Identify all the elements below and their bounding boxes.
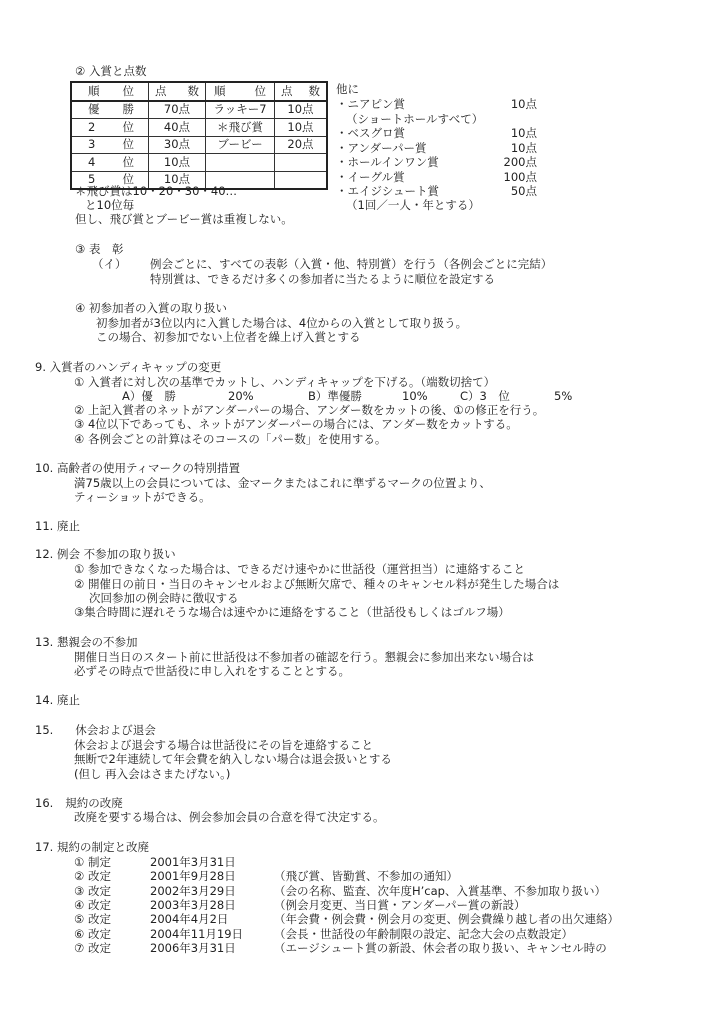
revision-date: 2003年3月28日 — [150, 898, 236, 913]
section-number: 12. — [35, 547, 53, 561]
section-15-line: (但し 再入会はさまたげない。) — [74, 767, 230, 782]
table-header-row: 順位 点数 順位 点数 — [71, 82, 327, 101]
rank-cell: 位 — [123, 120, 135, 135]
table-row: 3位 30点 ブービー 20点 — [71, 136, 327, 154]
revision-date: 2001年3月31日 — [150, 855, 236, 870]
section-12-line: 次回参加の例会時に徴収する — [89, 591, 239, 606]
section-10-line: 満75歳以上の会員については、金マークまたはこれに準ずるマークの位置より、 — [74, 476, 491, 491]
revision-date: 2001年9月28日 — [150, 869, 236, 884]
section-number: 10. — [35, 461, 53, 475]
section-title: 高齢者の使用ティマークの特別措置 — [57, 461, 240, 475]
revision-note: （例会月変更、当日賞・アンダーパー賞の新設） — [274, 898, 526, 913]
rank-cell: 位 — [123, 155, 135, 170]
revision-label: ① 制定 — [74, 855, 111, 870]
cut-value-c: 5% — [554, 389, 572, 404]
revision-label: ⑥ 改定 — [74, 927, 111, 942]
header-cell: 位 — [123, 84, 135, 99]
points-cell: 30点 — [149, 136, 206, 154]
no-duplicate-note: 但し、飛び賞とブービー賞は重複しない。 — [75, 212, 293, 227]
header-cell: 点 — [281, 84, 293, 99]
section-title: 休会および退会 — [75, 723, 156, 737]
section-9-line: ② 上記入賞者のネットがアンダーパーの場合、アンダー数をカットの後、①の修正を行… — [74, 403, 544, 418]
header-cell: 順 — [214, 84, 226, 99]
cut-value-b: 10% — [402, 389, 428, 404]
revision-date: 2006年3月31日 — [150, 941, 236, 956]
other-prize-label: ・アンダーパー賞 — [336, 141, 427, 156]
special-prize-cell: ＊飛び賞 — [206, 119, 275, 137]
points-cell: 10点 — [149, 154, 206, 172]
section-13-heading: 13. 懇親会の不参加 — [35, 635, 137, 650]
section-12-heading: 12. 例会 不参加の取り扱い — [35, 547, 176, 562]
cut-label-a: A）優 勝 — [122, 389, 176, 404]
special-prize-cell: ブービー — [206, 136, 275, 154]
revision-date: 2002年3月29日 — [150, 884, 236, 899]
other-prize-points: 200点 — [465, 155, 537, 170]
section-13-line: 開催日当日のスタート前に世話役は不参加者の確認を行う。懇親会に参加出来ない場合は — [74, 650, 534, 665]
special-points-cell — [275, 171, 328, 189]
section-number: 11. — [35, 519, 53, 533]
other-prize-points: 100点 — [465, 170, 537, 185]
revision-label: ⑤ 改定 — [74, 912, 111, 927]
tobi-prize-note: と10位毎 — [85, 198, 134, 213]
section-title: 廃止 — [57, 519, 80, 533]
section-10-line: ティーショットができる。 — [74, 490, 211, 505]
revision-note: （年会費・例会費・例会月の変更、例会費繰り越し者の出欠連絡） — [274, 912, 619, 927]
other-prize-label: ・ホールインワン賞 — [336, 155, 439, 170]
cut-label-b: B）準優勝 — [308, 389, 362, 404]
other-prize-note: （ショートホールすべて） — [346, 112, 483, 127]
commendation-line: 特別賞は、できるだけ多くの参加者に当たるように順位を設定する — [150, 272, 495, 287]
other-prize-label: ・ベスグロ賞 — [336, 126, 405, 141]
section-title: 規約の制定と改廃 — [57, 840, 149, 854]
section-12-line: ② 開催日の前日・当日のキャンセルおよび無断欠席で、種々のキャンセル料が発生した… — [74, 577, 559, 592]
revision-label: ③ 改定 — [74, 884, 111, 899]
prize-heading: ② 入賞と点数 — [75, 64, 146, 79]
section-9-line: ③ 4位以下であっても、ネットがアンダーパーの場合には、アンダー数をカットする。 — [74, 417, 518, 432]
section-number: 15. — [35, 723, 53, 737]
points-cell: 40点 — [149, 119, 206, 137]
other-prize-points: 50点 — [465, 184, 537, 199]
cut-value-a: 20% — [228, 389, 254, 404]
section-15-line: 休会および退会する場合は世話役にその旨を連絡すること — [74, 738, 373, 753]
first-timers-heading: ④ 初参加者の入賞の取り扱い — [75, 301, 227, 316]
section-12-line: ③集合時間に遅れそうな場合は速やかに連絡をすること（世話役もしくはゴルフ場） — [74, 605, 510, 620]
table-row: 4位 10点 — [71, 154, 327, 172]
section-17-heading: 17. 規約の制定と改廃 — [35, 840, 149, 855]
section-title: 規約の改廃 — [65, 796, 123, 810]
other-prize-points: 10点 — [465, 97, 537, 112]
other-prize-label: ・イーグル賞 — [336, 170, 405, 185]
section-title: 例会 不参加の取り扱い — [57, 547, 176, 561]
revision-label: ② 改定 — [74, 869, 111, 884]
cut-label-c: C）3 位 — [460, 389, 510, 404]
section-number: 9. — [35, 360, 46, 374]
special-points-cell: 20点 — [275, 136, 328, 154]
section-10-heading: 10. 高齢者の使用ティマークの特別措置 — [35, 461, 240, 476]
special-prize-cell: ラッキー7 — [206, 101, 275, 119]
section-12-line: ① 参加できなくなった場合は、できるだけ速やかに世話役（運営担当）に連絡すること — [74, 562, 525, 577]
section-11-heading: 11. 廃止 — [35, 519, 80, 534]
header-cell: 位 — [255, 84, 267, 99]
section-16-line: 改廃を要する場合は、例会参加会員の合意を得て決定する。 — [74, 810, 385, 825]
other-prizes-heading: 他に — [336, 82, 359, 97]
table-row: 優勝 70点 ラッキー7 10点 — [71, 101, 327, 119]
revision-note: （エージシュート賞の新設、休会者の取り扱い、キャンセル時の — [274, 941, 607, 956]
other-prize-label: ・エイジシュート賞 — [336, 184, 439, 199]
section-16-heading: 16.規約の改廃 — [35, 796, 123, 811]
special-prize-cell — [206, 154, 275, 172]
header-cell: 順 — [88, 84, 100, 99]
revision-note: （飛び賞、皆勤賞、不参加の通知） — [274, 869, 458, 884]
first-timers-line: 初参加者が3位以内に入賞した場合は、4位からの入賞として取り扱う。 — [96, 316, 467, 331]
revision-date: 2004年4月2日 — [150, 912, 228, 927]
header-cell: 数 — [309, 84, 321, 99]
first-timers-line: この場合、初参加でない上位者を繰上げ入賞とする — [96, 330, 361, 345]
revision-note: （会長・世話役の年齢制限の設定、記念大会の点数設定） — [274, 927, 573, 942]
rank-cell: 3 — [88, 137, 95, 152]
prize-points-table: 順位 点数 順位 点数 優勝 70点 ラッキー7 10点 2位 40点 ＊飛び賞… — [70, 81, 328, 190]
special-points-cell — [275, 154, 328, 172]
rank-cell: 4 — [88, 155, 95, 170]
revision-date: 2004年11月19日 — [150, 927, 243, 942]
revision-label: ⑦ 改定 — [74, 941, 111, 956]
revision-label: ④ 改定 — [74, 898, 111, 913]
other-prize-label: ・ニアピン賞 — [336, 97, 405, 112]
section-number: 13. — [35, 635, 53, 649]
revision-note: （会の名称、監査、次年度H’cap、入賞基準、不参加取り扱い） — [274, 884, 606, 899]
section-9-line: ④ 各例会ごとの計算はそのコースの「パー数」を使用する。 — [74, 432, 386, 447]
section-title: 入賞者のハンディキャップの変更 — [50, 360, 222, 374]
commendation-line: 例会ごとに、すべての表彰（入賞・他、特別賞）を行う（各例会ごとに完結） — [150, 257, 552, 272]
rank-cell: 2 — [88, 120, 95, 135]
section-14-heading: 14. 廃止 — [35, 693, 80, 708]
commendation-marker: （イ） — [92, 257, 127, 272]
special-points-cell: 10点 — [275, 119, 328, 137]
rank-cell: 優 — [88, 102, 100, 117]
section-title: 懇親会の不参加 — [57, 635, 138, 649]
tobi-prize-note: ＊飛び賞は10・20・30・40… — [75, 184, 237, 199]
other-prize-note: （1回／一人・年とする） — [346, 198, 480, 213]
section-number: 16. — [35, 796, 53, 810]
other-prize-points: 10点 — [465, 141, 537, 156]
other-prize-points: 10点 — [465, 126, 537, 141]
section-9-line: ① 入賞者に対し次の基準でカットし、ハンディキャップを下げる。（端数切捨て） — [74, 375, 495, 390]
section-9-heading: 9. 入賞者のハンディキャップの変更 — [35, 360, 221, 375]
section-15-line: 無断で2年連続して年会費を納入しない場合は退会扱いとする — [74, 752, 392, 767]
section-15-heading: 15.休会および退会 — [35, 723, 156, 738]
header-cell: 点 — [155, 84, 167, 99]
special-points-cell: 10点 — [275, 101, 328, 119]
section-number: 14. — [35, 693, 53, 707]
header-cell: 数 — [188, 84, 200, 99]
rank-cell: 位 — [123, 137, 135, 152]
rank-cell: 勝 — [123, 102, 135, 117]
section-13-line: 必ずその時点で世話役に申し入れをすることとする。 — [74, 664, 350, 679]
section-number: 17. — [35, 840, 53, 854]
commendation-heading: ③ 表 彰 — [75, 242, 123, 257]
table-row: 2位 40点 ＊飛び賞 10点 — [71, 119, 327, 137]
section-title: 廃止 — [57, 693, 80, 707]
points-cell: 70点 — [149, 101, 206, 119]
